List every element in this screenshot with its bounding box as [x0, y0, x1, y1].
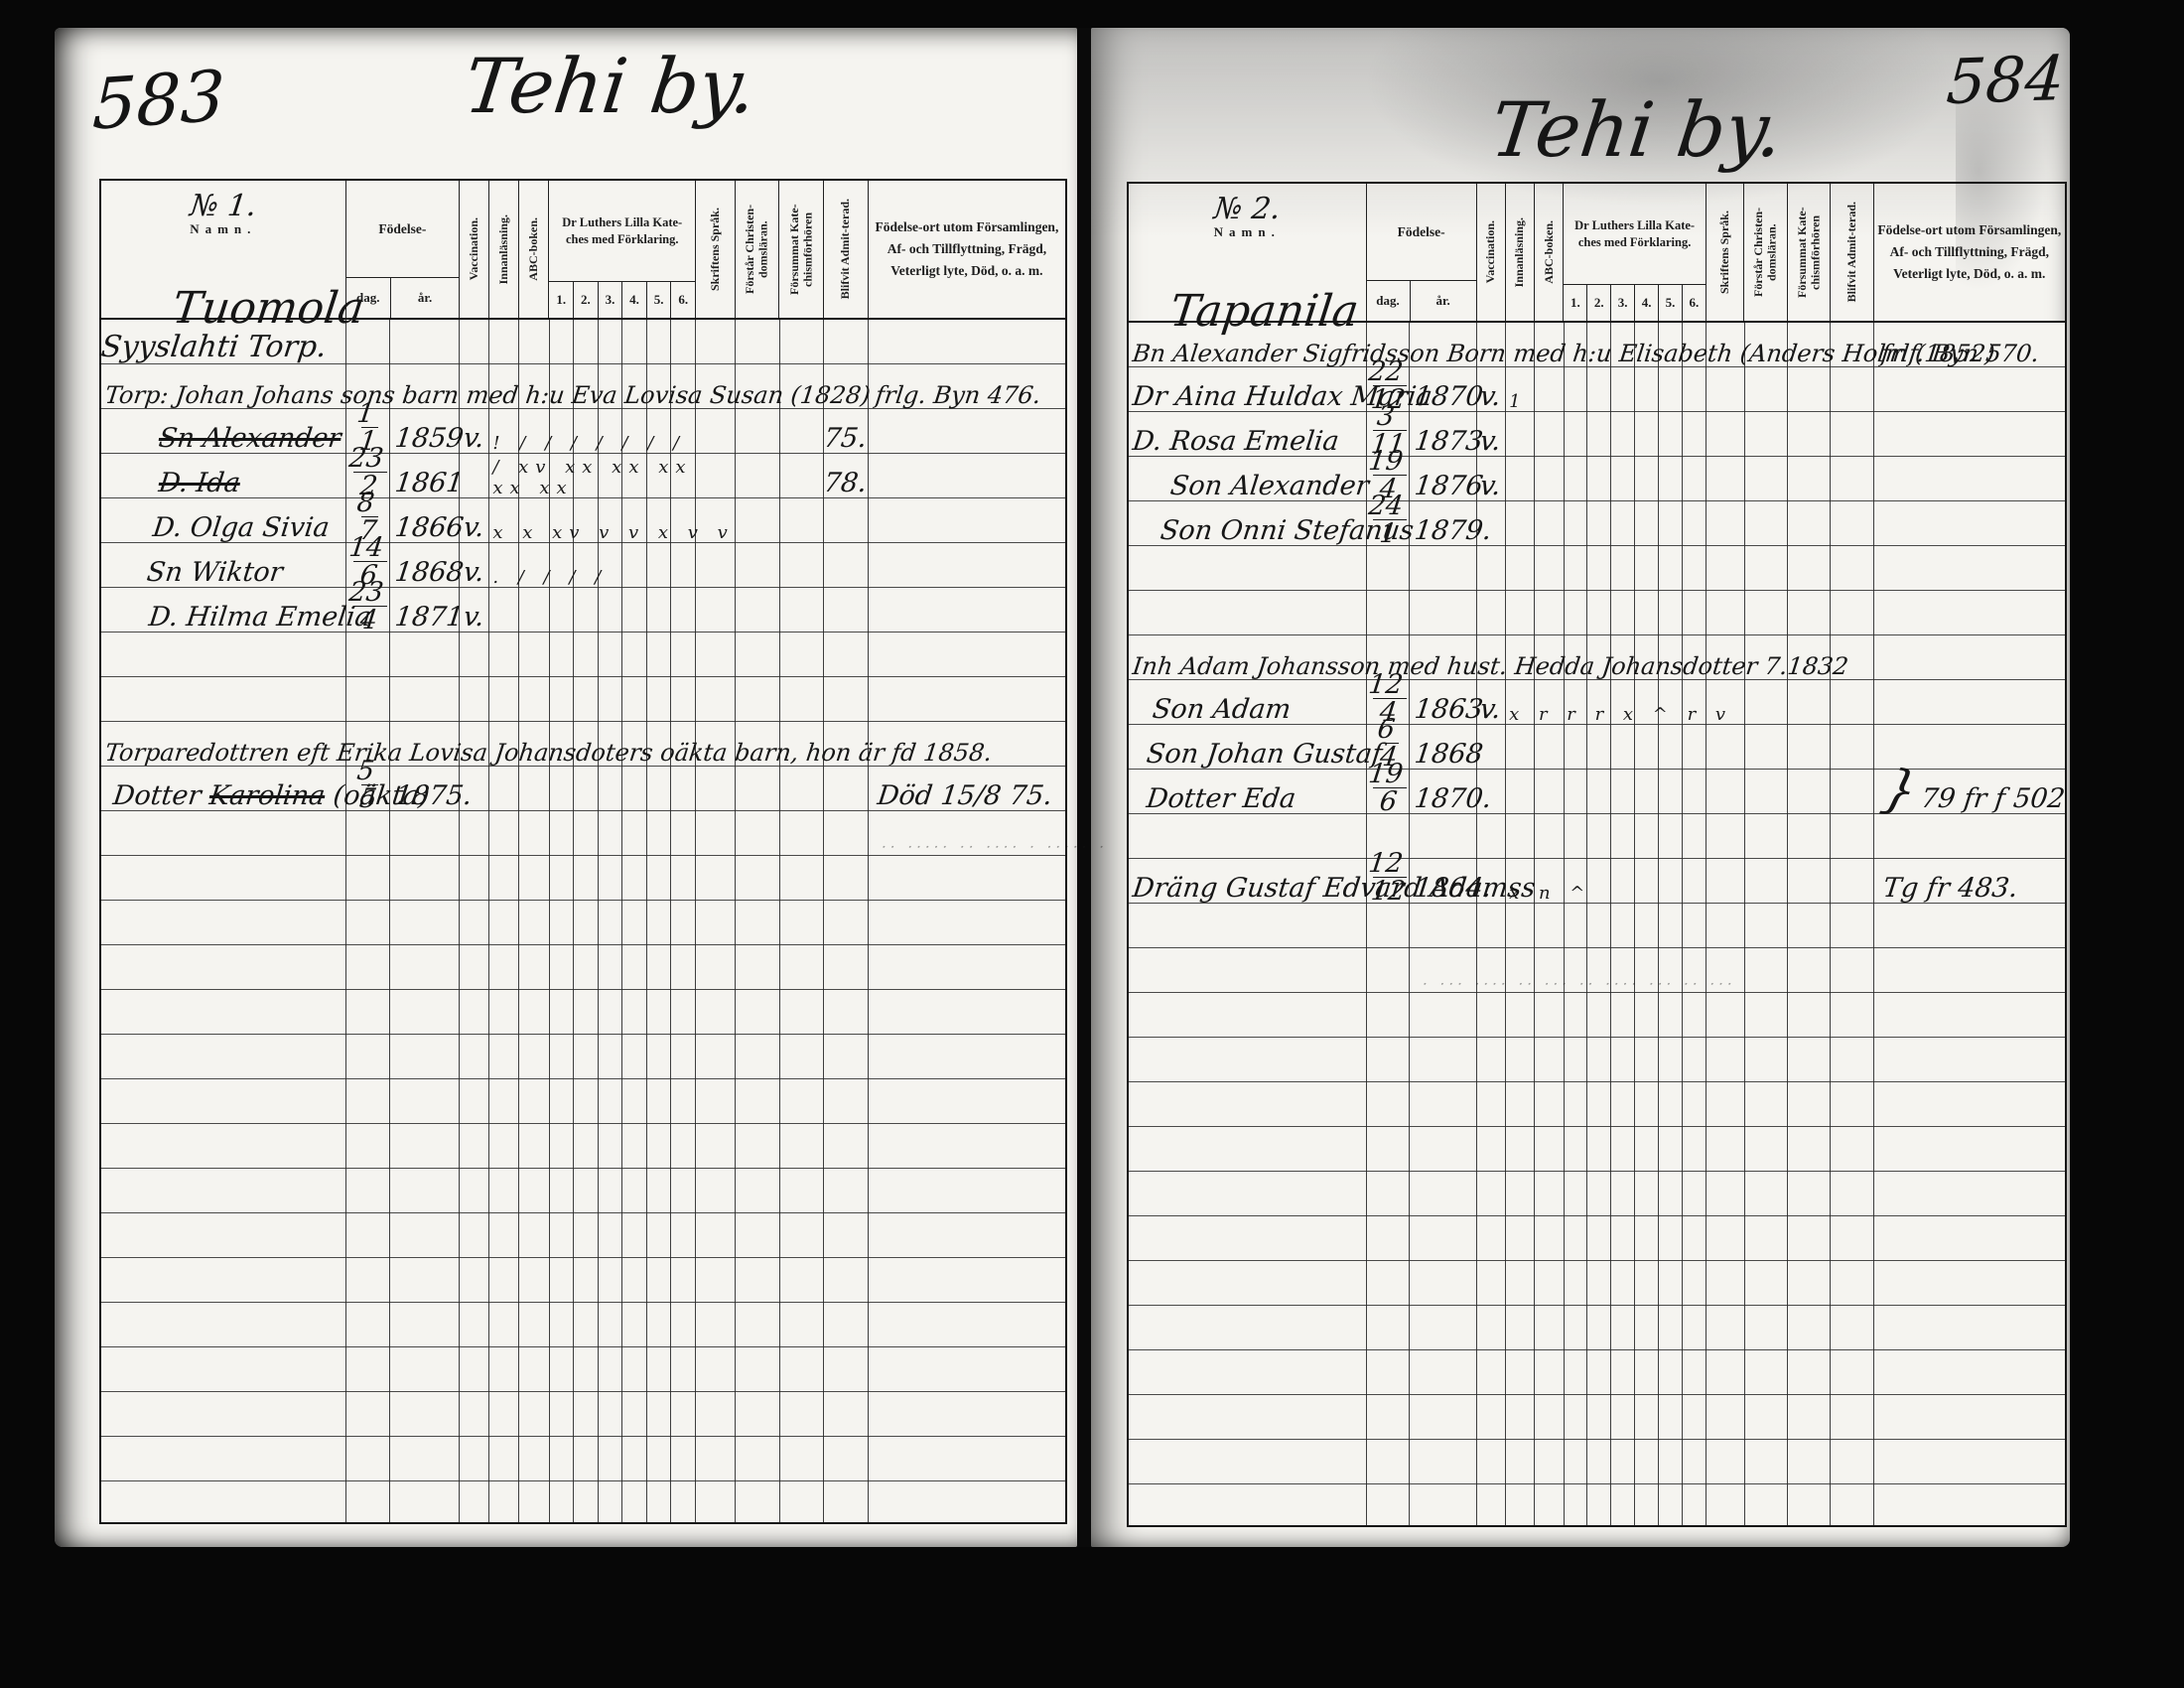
name-column-header: № 1.Namn.Tuomola: [101, 181, 345, 318]
fraction-denominator: 4: [350, 605, 388, 633]
person-name: Dräng Gustaf Edvard Adamss: [1129, 847, 1366, 904]
missed-catechism-column-header-label: Försummat Kate-chismförhören: [788, 185, 815, 314]
left-page: 583 Tehi by. № 1.Namn.TuomolaFödelse-dag…: [55, 28, 1077, 1547]
admitted-column-header: Blifvit Admit-terad.: [823, 181, 868, 318]
birth-day: 55: [345, 755, 390, 811]
fraction-numerator: 14: [347, 535, 385, 561]
birthplace-remarks-column-header: Födelse-ort utom Församlingen,Af- och Ti…: [1873, 184, 2065, 321]
vaccination-mark-text: v.: [1478, 694, 1502, 725]
column-rule: [1586, 323, 1587, 1525]
row-rule: [1129, 1171, 2065, 1172]
row-rule: [101, 676, 1065, 677]
catechism-grade-label: 5.: [646, 282, 671, 318]
entry-number: № 2.: [1127, 192, 1368, 226]
catechism-grade-label: 6.: [670, 282, 695, 318]
row-rule: [101, 944, 1065, 945]
column-rule: [735, 320, 736, 1522]
faint-scribble-text: · ··· ···· ·· ··· ·· ···· ··· ·· ···: [1422, 975, 1737, 993]
birth-date-fraction: 241: [1367, 493, 1408, 546]
examination-marks-text: 1: [1509, 391, 1527, 412]
row-rule: [101, 989, 1065, 990]
birthplace-remarks-label: Födelse-ort utom Församlingen,Af- och Ti…: [869, 181, 1065, 318]
row-rule: [101, 1480, 1065, 1481]
person-name: Dotter Eda: [1129, 758, 1366, 814]
faint-scribble-text: ·· ····· ·· ···· · ····· ·: [881, 838, 1109, 856]
reading-column-header: Innanläsning.: [1505, 184, 1534, 321]
birth-year-text: 1875.: [393, 780, 474, 811]
reading-column-header-label: Innanläsning.: [1513, 217, 1526, 287]
column-rule: [1505, 323, 1506, 1525]
examination-marks-text: . / / / /: [492, 567, 608, 588]
birth-year-text: 1871: [393, 602, 466, 633]
vaccination-column-header: Vaccination.: [1476, 184, 1505, 321]
birthplace-remarks-label-line: Af- och Tillflyttning, Frägd,: [1890, 241, 2049, 263]
vaccination-mark-text: v.: [462, 602, 485, 633]
catechism-label-line: Dr Luthers Lilla Kate-: [1574, 217, 1695, 233]
catechism-label: Dr Luthers Lilla Kate-ches med Förklarin…: [1564, 184, 1705, 284]
page-title-left: Tehi by.: [442, 42, 780, 130]
row-rule: [1129, 1439, 2065, 1440]
column-rule: [1873, 323, 1874, 1525]
birth-day: 241: [1366, 490, 1409, 546]
row-rule: [1129, 1305, 2065, 1306]
column-rule: [779, 320, 780, 1522]
birth-date-fraction: 196: [1367, 762, 1408, 814]
catechism-grade-label: 4.: [621, 282, 646, 318]
birth-label: Födelse-: [346, 181, 460, 277]
birth-year: 1879.: [1409, 490, 1476, 546]
person-name-text: Dotter Eda: [1145, 783, 1297, 814]
understands-christianity-column-header: Förstår Christen-domsläran.: [735, 181, 779, 318]
row-rule: [1129, 1037, 2065, 1038]
name-column-header: № 2.Namn.Tapanila: [1129, 184, 1366, 321]
birth-year: 1871: [389, 576, 459, 633]
fraction-numerator: 3: [1367, 404, 1405, 430]
vaccination-column-header-label: Vaccination.: [1484, 220, 1497, 283]
fraction-numerator: 12: [1367, 851, 1405, 877]
row-rule: [101, 1346, 1065, 1347]
understands-christianity-column-header: Förstår Christen-domsläran.: [1743, 184, 1786, 321]
table-header: № 1.Namn.TuomolaFödelse-dag.år.Vaccinati…: [99, 179, 1067, 318]
birth-year: 1870.: [1409, 758, 1476, 814]
abc-book-column-header-label: ABC-boken.: [527, 217, 540, 281]
fraction-numerator: 23: [347, 446, 385, 472]
page-reference-text: frlg. Byn 476.: [874, 381, 1042, 409]
reading-column-header-label: Innanläsning.: [497, 214, 510, 284]
fraction-denominator: 6: [1370, 786, 1408, 814]
column-rule: [868, 320, 869, 1522]
examination-marks: 1: [1505, 355, 1743, 412]
fraction-numerator: 8: [356, 491, 376, 516]
birth-year: 1864.: [1409, 847, 1476, 904]
year-label: år.: [390, 278, 459, 318]
table-header: № 2.Namn.TapanilaFödelse-dag.år.Vaccinat…: [1127, 182, 2067, 321]
fraction-numerator: 22: [1367, 359, 1405, 385]
row-rule: [101, 1436, 1065, 1437]
catechism-label-line: ches med Förklaring.: [566, 231, 679, 247]
birthplace-remarks-label-line: Veterligt lyte, Död, o. a. m.: [890, 260, 1042, 282]
row-rule: [101, 1034, 1065, 1035]
person-name: Dotter Karolina (oäkta): [101, 755, 345, 811]
missed-catechism-column-header: Försummat Kate-chismförhören: [1787, 184, 1830, 321]
person-name: D. Hilma Emelia: [101, 576, 345, 633]
row-rule: [101, 1168, 1065, 1169]
row-rule: [1129, 1260, 2065, 1261]
register-table-left: № 1.Namn.TuomolaFödelse-dag.år.Vaccinati…: [99, 179, 1067, 1524]
page-number-left: 583: [91, 55, 226, 146]
row-rule: [1129, 1126, 2065, 1127]
namn-label: Namn.: [1129, 224, 1366, 240]
vaccination-mark: v.: [1476, 668, 1505, 725]
fraction-numerator: 19: [1367, 449, 1405, 475]
entry-number: № 1.: [99, 189, 347, 223]
admitted-column-header-label: Blifvit Admit-terad.: [839, 199, 852, 299]
column-rule: [1658, 323, 1659, 1525]
table-body: Bn Alexander Sigfridsson Born med h:u El…: [1127, 321, 2067, 1527]
understands-christianity-column-header-label: Förstår Christen-domsläran.: [1752, 188, 1779, 317]
examination-marks-text: x n ^: [1509, 883, 1591, 904]
row-rule: [1129, 1349, 2065, 1350]
birth-date-fraction: 55: [355, 759, 379, 811]
fraction-denominator: 1: [1370, 518, 1408, 546]
faint-scribble: · ··· ···· ·· ··· ·· ···· ··· ·· ···: [1409, 936, 1830, 993]
column-rule: [1830, 323, 1831, 1525]
column-rule: [1787, 323, 1788, 1525]
abc-book-column-header: ABC-boken.: [1534, 184, 1563, 321]
admitted-year-text: 78.: [822, 468, 869, 498]
admitted-column-header: Blifvit Admit-terad.: [1830, 184, 1872, 321]
column-rule: [1706, 323, 1706, 1525]
column-rule: [1682, 323, 1683, 1525]
birth-year-text: 1864.: [1413, 873, 1493, 904]
page-reference-text: frlf. Byn 570.: [1879, 340, 2040, 367]
missed-catechism-column-header-label: Försummat Kate-chismförhören: [1796, 188, 1823, 317]
fraction-numerator: 19: [1367, 762, 1405, 787]
birthplace-remarks-label: Födelse-ort utom Församlingen,Af- och Ti…: [1874, 184, 2065, 321]
column-rule: [1744, 323, 1745, 1525]
brace-mark: }: [1878, 769, 1921, 814]
fraction-numerator: 1: [356, 401, 376, 427]
faint-scribble: ·· ····· ·· ···· · ····· ·: [868, 799, 1065, 856]
book-scan: 583 Tehi by. № 1.Namn.TuomolaFödelse-dag…: [0, 0, 2184, 1688]
fraction-numerator: 24: [1367, 493, 1405, 519]
scripture-column-header-label: Skriftens Språk.: [709, 208, 722, 291]
examination-marks-text: x r r r x ^ r v: [1509, 704, 1732, 725]
catechism-grade-label: 1.: [549, 282, 573, 318]
catechism-label: Dr Luthers Lilla Kate-ches med Förklarin…: [549, 181, 695, 281]
understands-christianity-column-header-label: Förstår Christen-domsläran.: [744, 185, 770, 314]
vaccination-mark: v.: [459, 576, 488, 633]
person-name: Son Onni Stefanus: [1129, 490, 1366, 546]
struck-name-part: Karolina: [207, 780, 327, 811]
farm-name: Tapanila: [1167, 286, 1362, 337]
row-rule: [1129, 1483, 2065, 1484]
fraction-denominator: 12: [1370, 876, 1408, 904]
scripture-column-header: Skriftens Språk.: [1706, 184, 1744, 321]
birthplace-remarks-label-line: Veterligt lyte, Död, o. a. m.: [1893, 263, 2045, 285]
examination-marks: x n ^: [1505, 847, 1743, 904]
birth-year: 1875.: [389, 755, 459, 811]
remarks-note-text: }79 fr f 502: [1880, 771, 2068, 814]
farm-name: Tuomola: [170, 283, 367, 334]
fraction-numerator: 12: [1367, 672, 1405, 698]
book-gutter: [1077, 28, 1091, 1547]
table-body: Syyslahti Torp.Torp: Johan Johans sons b…: [99, 318, 1067, 1524]
catechism-grade-label: 2.: [573, 282, 598, 318]
row-rule: [101, 1078, 1065, 1079]
vaccination-mark-text: v.: [1478, 471, 1502, 501]
birthplace-remarks-label-line: Födelse-ort utom Församlingen,: [1877, 219, 2061, 241]
right-page: Tehi by. 584 № 2.Namn.TapanilaFödelse-da…: [1091, 28, 2070, 1547]
birth-year-text: 1879.: [1413, 515, 1493, 546]
remarks-note: }79 fr f 502: [1873, 758, 2065, 814]
row-rule: [101, 1123, 1065, 1124]
row-rule: [1129, 1081, 2065, 1082]
examination-marks: . / / / /: [488, 531, 735, 588]
page-reference-note: frlf. Byn 570.: [1873, 311, 2065, 367]
column-rule: [1634, 323, 1635, 1525]
abc-book-column-header: ABC-boken.: [518, 181, 548, 318]
vaccination-mark: v.: [459, 397, 488, 454]
admitted-column-header-label: Blifvit Admit-terad.: [1845, 202, 1858, 302]
vaccination-mark-text: v.: [462, 423, 485, 454]
page-number-right: 584: [1944, 42, 2066, 118]
person-name-text: D. Hilma Emelia: [147, 602, 372, 633]
catechism-grade-label: 3.: [598, 282, 622, 318]
catechism-subheader: 1.2.3.4.5.6.: [549, 281, 695, 318]
column-rule: [823, 320, 824, 1522]
fraction-numerator: 5: [356, 759, 376, 784]
vaccination-column-header: Vaccination.: [459, 181, 488, 318]
catechism-label-line: ches med Förklaring.: [1578, 234, 1692, 250]
column-rule: [1564, 323, 1565, 1525]
birth-label: Födelse-: [1367, 184, 1476, 280]
reading-column-header: Innanläsning.: [488, 181, 518, 318]
birth-date-fraction: 1212: [1367, 851, 1408, 904]
birthplace-remarks-column-header: Födelse-ort utom Församlingen,Af- och Ti…: [868, 181, 1065, 318]
birthplace-remarks-label-line: Födelse-ort utom Församlingen,: [875, 216, 1058, 238]
row-rule: [101, 1257, 1065, 1258]
vaccination-column-header-label: Vaccination.: [468, 217, 480, 280]
vaccination-mark: v.: [1476, 445, 1505, 501]
row-rule: [101, 1212, 1065, 1213]
scripture-column-header-label: Skriftens Språk.: [1718, 211, 1731, 294]
birth-date-fraction: 234: [347, 580, 388, 633]
column-rule: [1610, 323, 1611, 1525]
birth-day: 196: [1366, 758, 1409, 814]
remarks-note: Tg fr 483.: [1873, 847, 2065, 904]
birth-year-text: 1870.: [1413, 783, 1493, 814]
fraction-numerator: 23: [347, 580, 385, 606]
birth-day: 1212: [1366, 847, 1409, 904]
page-reference-note: frlg. Byn 476.: [868, 352, 1065, 409]
birthplace-remarks-label-line: Af- och Tillflyttning, Frägd,: [887, 238, 1046, 260]
row-rule: [101, 1302, 1065, 1303]
namn-label: Namn.: [101, 221, 345, 237]
catechism-column-header: Dr Luthers Lilla Kate-ches med Förklarin…: [1563, 184, 1705, 321]
column-rule: [1534, 323, 1535, 1525]
remarks-note-text: Tg fr 483.: [1881, 873, 2019, 904]
examination-marks: x r r r x ^ r v: [1505, 668, 1743, 725]
row-rule: [1129, 1394, 2065, 1395]
scripture-column-header: Skriftens Språk.: [695, 181, 735, 318]
catechism-label-line: Dr Luthers Lilla Kate-: [562, 214, 682, 230]
register-table-right: № 2.Namn.TapanilaFödelse-dag.år.Vaccinat…: [1127, 182, 2067, 1527]
missed-catechism-column-header: Försummat Kate-chismförhören: [778, 181, 823, 318]
row-rule: [1129, 1215, 2065, 1216]
admitted-year: 78.: [823, 442, 868, 498]
abc-book-column-header-label: ABC-boken.: [1543, 220, 1556, 284]
row-rule: [101, 900, 1065, 901]
fraction-numerator: 6: [1376, 717, 1396, 743]
catechism-column-header: Dr Luthers Lilla Kate-ches med Förklarin…: [548, 181, 695, 318]
birth-day: 234: [345, 576, 390, 633]
page-title-right: Tehi by.: [1468, 85, 1807, 174]
row-rule: [101, 1391, 1065, 1392]
fraction-denominator: 5: [358, 783, 379, 811]
row-rule: [1129, 590, 2065, 591]
column-rule: [1476, 323, 1477, 1525]
birth-column-header: Födelse-dag.år.: [1366, 184, 1476, 321]
